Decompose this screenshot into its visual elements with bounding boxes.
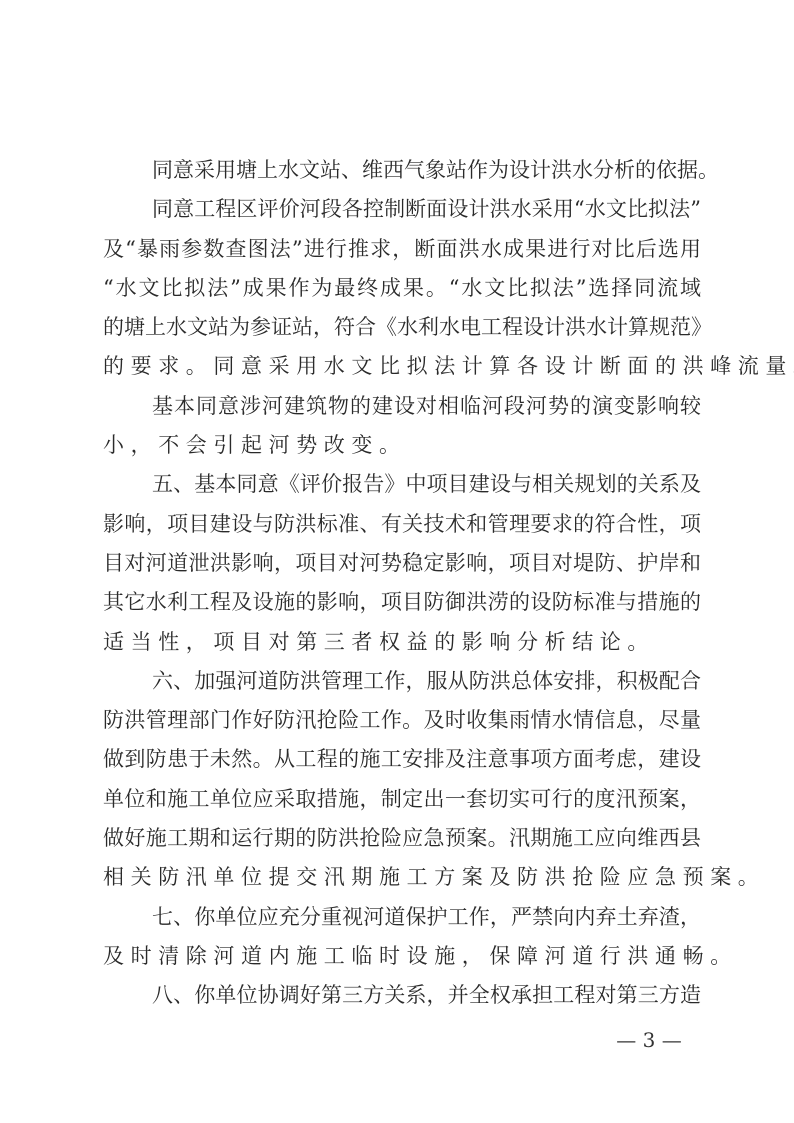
text-line: 做好施工期和运行期的防洪抢险应急预案。汛期施工应向维西县 [103,819,701,858]
text-line: 的塘上水文站为参证站，符合《水利水电工程设计洪水计算规范》 [103,308,701,347]
text-line: 防洪管理部门作好防汛抢险工作。及时收集雨情水情信息，尽量 [103,701,701,740]
text-line: 同意采用塘上水文站、维西气象站作为设计洪水分析的依据。 [103,151,701,190]
text-line: 目对河道泄洪影响，项目对河势稳定影响，项目对堤防、护岸和 [103,544,701,583]
text-line: 五、基本同意《评价报告》中项目建设与相关规划的关系及 [103,465,701,504]
paragraph-section-7: 七、你单位应充分重视河道保护工作，严禁向内弃土弃渣， 及时清除河道内施工临时设施… [103,898,701,977]
paragraph-section-6: 六、加强河道防洪管理工作，服从防洪总体安排，积极配合 防洪管理部门作好防汛抢险工… [103,662,701,898]
text-line: 六、加强河道防洪管理工作，服从防洪总体安排，积极配合 [103,662,701,701]
document-body: 同意采用塘上水文站、维西气象站作为设计洪水分析的依据。 同意工程区评价河段各控制… [103,151,701,1016]
text-line: 其它水利工程及设施的影响，项目防御洪涝的设防标准与措施的 [103,583,701,622]
paragraph-river-regime: 基本同意涉河建筑物的建设对相临河段河势的演变影响较 小，不会引起河势改变。 [103,387,701,466]
text-line: 八、你单位协调好第三方关系，并全权承担工程对第三方造 [103,976,701,1015]
text-line: 做到防患于未然。从工程的施工安排及注意事项方面考虑，建设 [103,740,701,779]
text-line: 的要求。同意采用水文比拟法计算各设计断面的洪峰流量。 [103,347,701,386]
text-line: 相关防汛单位提交汛期施工方案及防洪抢险应急预案。 [103,858,701,897]
text-line: 基本同意涉河建筑物的建设对相临河段河势的演变影响较 [103,387,701,426]
text-line: 单位和施工单位应采取措施，制定出一套切实可行的度汛预案， [103,780,701,819]
text-line: 影响，项目建设与防洪标准、有关技术和管理要求的符合性，项 [103,505,701,544]
text-line: 及时清除河道内施工临时设施，保障河道行洪通畅。 [103,937,701,976]
text-line: 小，不会引起河势改变。 [103,426,701,465]
page-number: — 3 — [612,1028,686,1052]
paragraph-data-basis: 同意采用塘上水文站、维西气象站作为设计洪水分析的依据。 [103,151,701,190]
text-line: 七、你单位应充分重视河道保护工作，严禁向内弃土弃渣， [103,898,701,937]
document-page: 同意采用塘上水文站、维西气象站作为设计洪水分析的依据。 同意工程区评价河段各控制… [0,0,794,1123]
text-line: 及“暴雨参数查图法”进行推求，断面洪水成果进行对比后选用 [103,230,701,269]
paragraph-section-8: 八、你单位协调好第三方关系，并全权承担工程对第三方造 [103,976,701,1015]
text-line: 适当性，项目对第三者权益的影响分析结论。 [103,623,701,662]
paragraph-section-5: 五、基本同意《评价报告》中项目建设与相关规划的关系及 影响，项目建设与防洪标准、… [103,465,701,661]
text-line: 同意工程区评价河段各控制断面设计洪水采用“水文比拟法” [103,190,701,229]
text-line: “水文比拟法”成果作为最终成果。“水文比拟法”选择同流域 [103,269,701,308]
paragraph-design-flood-method: 同意工程区评价河段各控制断面设计洪水采用“水文比拟法” 及“暴雨参数查图法”进行… [103,190,701,386]
